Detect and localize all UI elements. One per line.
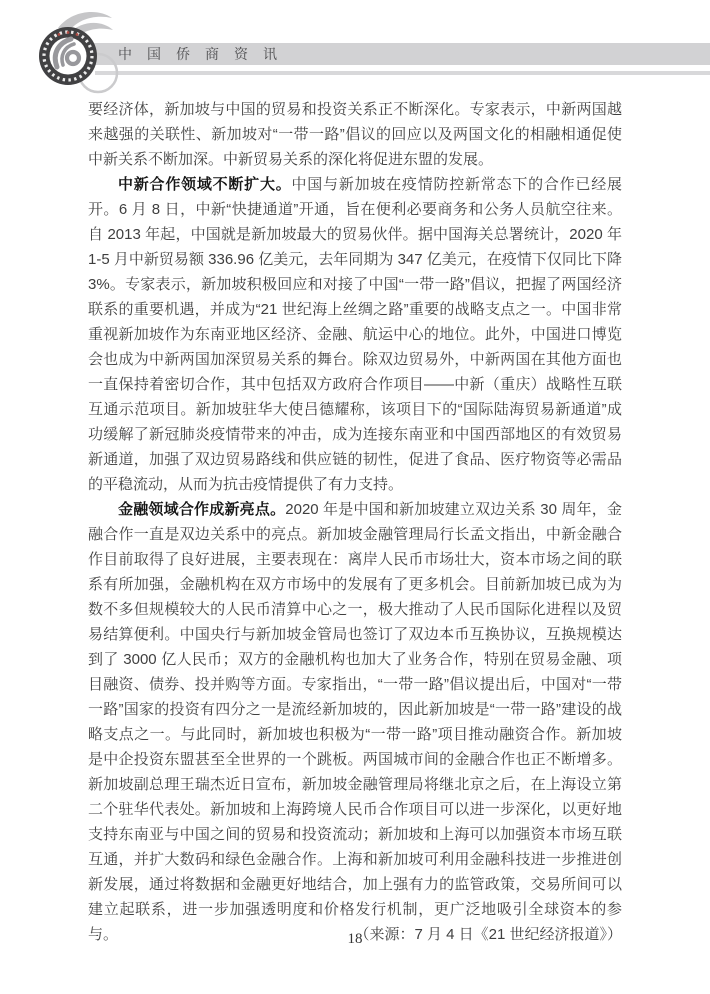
page-number: 18	[0, 931, 710, 948]
paragraph-lead: 中新合作领域不断扩大。	[118, 176, 292, 193]
paragraph-text: 中国与新加坡在疫情防控新常态下的合作已经展开。6 月 8 日，中新“快捷通道”开…	[88, 176, 622, 493]
paragraph-finance: 金融领域合作成新亮点。2020 年是中国和新加坡建立双边关系 30 周年，金融合…	[88, 497, 622, 947]
paragraph-text: 要经济体，新加坡与中国的贸易和投资关系正不断深化。专家表示，中新两国越来越强的关…	[88, 101, 622, 168]
magazine-logo-icon	[28, 6, 124, 102]
paragraph-text: 2020 年是中国和新加坡建立双边关系 30 周年，金融合作一直是双边关系中的亮…	[88, 501, 622, 943]
paragraph-continuation: 要经济体，新加坡与中国的贸易和投资关系正不断深化。专家表示，中新两国越来越强的关…	[88, 97, 622, 172]
header-rule	[95, 71, 710, 75]
paragraph-lead: 金融领域合作成新亮点。	[118, 501, 285, 518]
document-page: 中国侨商资讯 要经济体，新加坡与中国的贸易和投资关系正不断深化。专家表示，中新两…	[0, 0, 710, 994]
article-body: 要经济体，新加坡与中国的贸易和投资关系正不断深化。专家表示，中新两国越来越强的关…	[88, 97, 622, 947]
paragraph-cooperation: 中新合作领域不断扩大。中国与新加坡在疫情防控新常态下的合作已经展开。6 月 8 …	[88, 172, 622, 497]
logo-badge-icon	[39, 27, 97, 85]
header-title: 中国侨商资讯	[118, 47, 292, 62]
